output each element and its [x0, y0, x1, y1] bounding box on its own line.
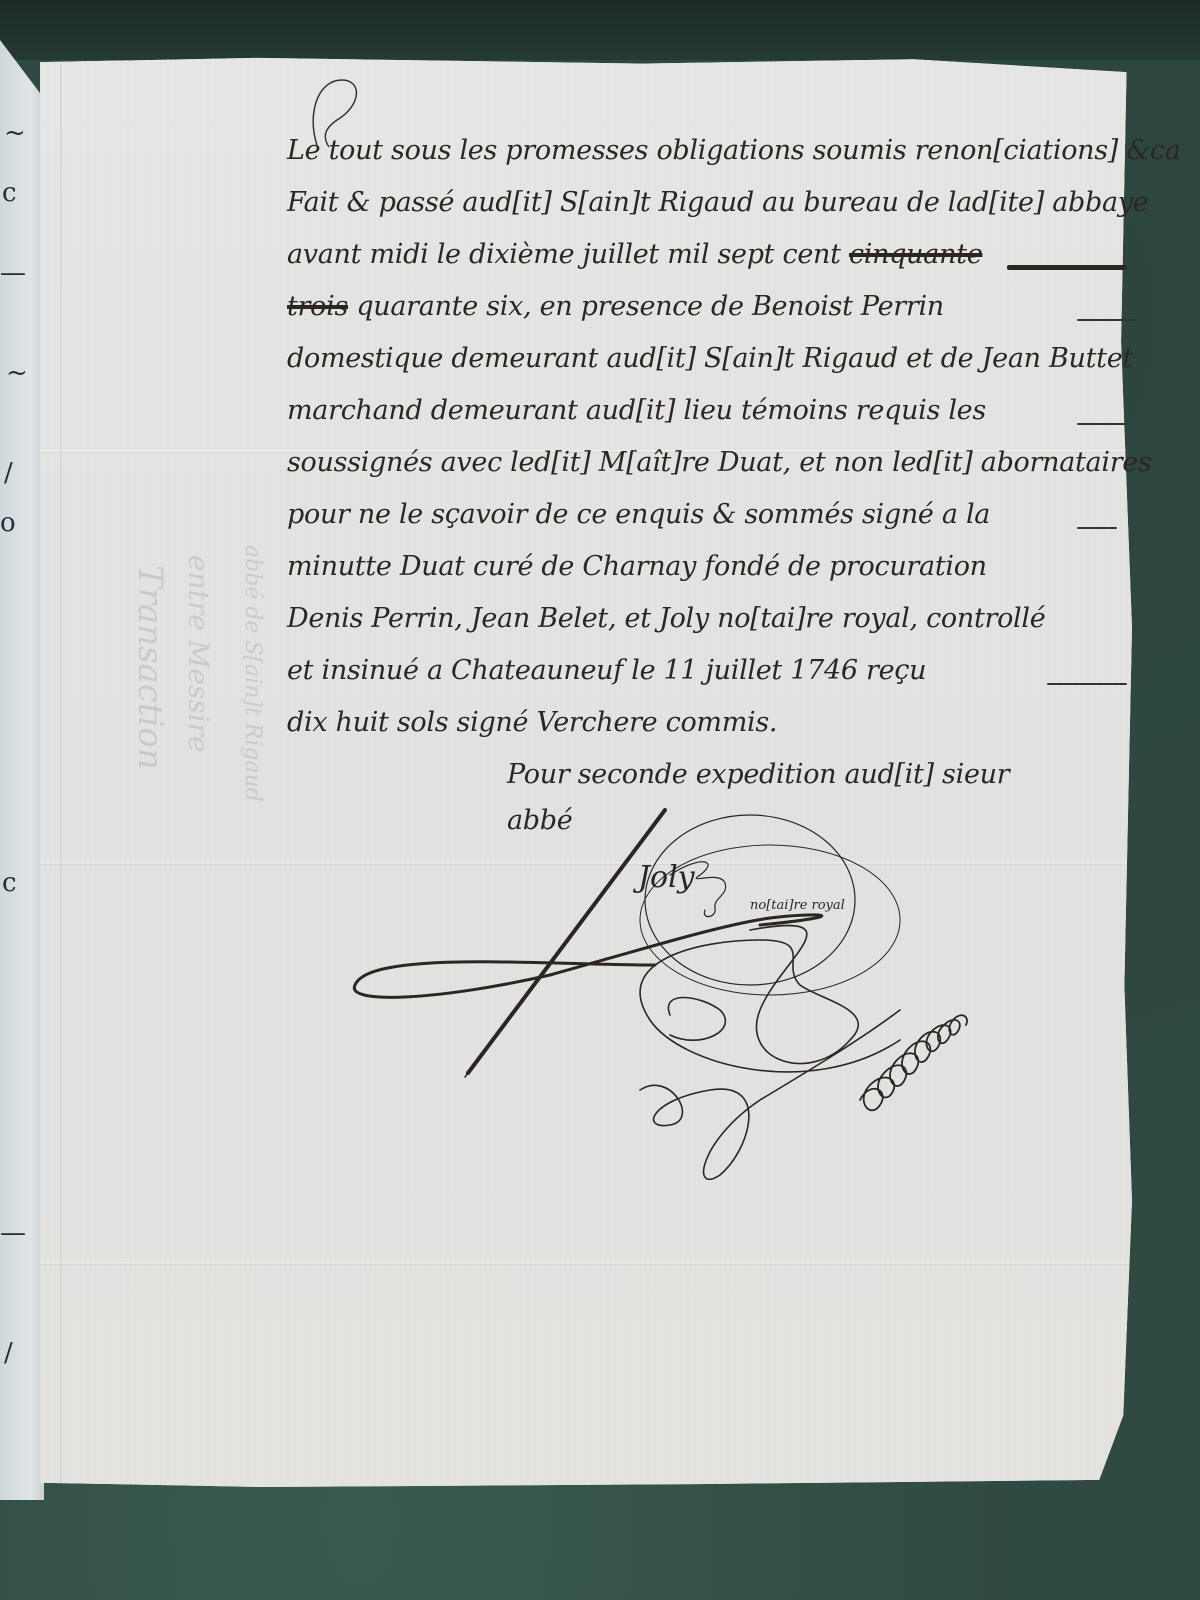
left-page-mark: —: [0, 260, 26, 286]
line-end-flourish: [1077, 527, 1117, 529]
left-page-mark: o: [0, 510, 16, 536]
struck-word: cinquante: [849, 239, 982, 270]
left-page-mark: —: [0, 1220, 26, 1246]
text-line-7: soussignés avec led[it] M[aît]re Duat, e…: [287, 447, 1152, 478]
bleed-through-text: entre Messire: [182, 555, 215, 753]
struck-word: trois: [287, 291, 348, 322]
left-page-mark: ~: [6, 360, 28, 386]
left-page-mark: /: [4, 1340, 13, 1366]
line-end-flourish: [1077, 319, 1137, 321]
adjacent-page-edge: ~ c — ~ o / c — /: [0, 40, 44, 1500]
text-line-2: Fait & passé aud[it] S[ain]t Rigaud au b…: [287, 187, 1148, 218]
signature-paraph-icon: [340, 800, 1140, 1180]
text-line-10: Denis Perrin, Jean Belet, et Joly no[tai…: [287, 603, 1045, 634]
fold-crease: [40, 1262, 1132, 1265]
text-line-4: trois quarante six, en presence de Benoi…: [287, 291, 944, 322]
text-line-6: marchand demeurant aud[it] lieu témoins …: [287, 395, 986, 426]
signature-title: no[tai]re royal: [750, 898, 845, 913]
left-page-mark: c: [2, 870, 17, 896]
left-page-mark: c: [2, 180, 17, 206]
line-end-flourish: [1077, 423, 1127, 425]
text-line-13: Pour seconde expedition aud[it] sieur: [507, 759, 1009, 790]
text-line-3: avant midi le dixième juillet mil sept c…: [287, 239, 982, 270]
text-line-5: domestique demeurant aud[it] S[ain]t Rig…: [287, 343, 1133, 374]
bleed-through-text: Transaction: [130, 565, 170, 770]
left-page-mark: ~: [4, 120, 26, 146]
strike-flourish: [1007, 265, 1127, 270]
text-line-9: minutte Duat curé de Charnay fondé de pr…: [287, 551, 987, 582]
signature-name: Joly: [638, 860, 695, 895]
notary-signature: Joly no[tai]re royal: [340, 800, 1140, 1180]
text-line-1: Le tout sous les promesses obligations s…: [287, 135, 1181, 166]
background-top: [0, 0, 1200, 60]
text-line-8: pour ne le sçavoir de ce enquis & sommés…: [287, 499, 990, 530]
bleed-through-text: abbé de S[ain]t Rigaud: [240, 545, 265, 802]
line-end-flourish: [1047, 683, 1127, 685]
text-line-11: et insinué a Chateauneuf le 11 juillet 1…: [287, 655, 926, 686]
vertical-crease: [60, 55, 62, 1487]
left-page-mark: /: [4, 460, 13, 486]
text-line-12: dix huit sols signé Verchere commis.: [287, 707, 777, 738]
